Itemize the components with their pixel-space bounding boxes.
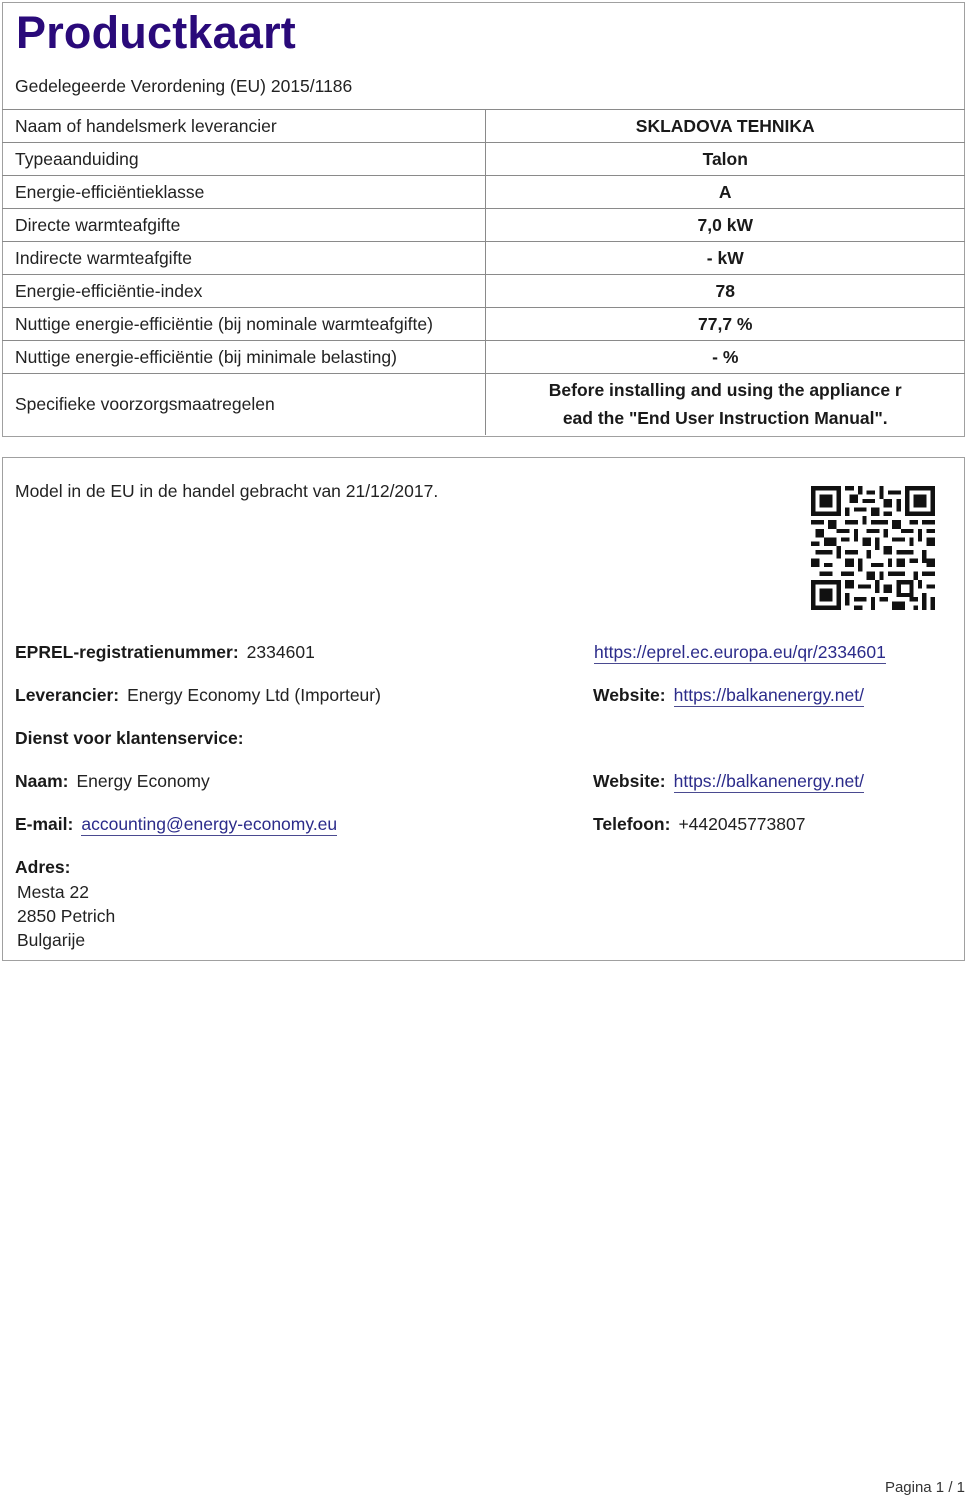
supplier-name: Energy Economy Ltd (Importeur) [127,685,381,705]
table-row: Indirecte warmteafgifte- kW [2,242,965,275]
spec-value: A [485,176,965,209]
spec-value-line: Before installing and using the applianc… [486,376,966,404]
supplier-website-row: Website:https://balkanenergy.net/ [593,685,864,706]
spec-value: 78 [485,275,965,308]
email-label: E-mail: [15,814,73,834]
regulation-subtitle: Gedelegeerde Verordening (EU) 2015/1186 [15,76,352,97]
table-row: Energie-efficiëntieklasseA [2,176,965,209]
table-row: Nuttige energie-efficiëntie (bij nominal… [2,308,965,341]
spec-label: Naam of handelsmerk leverancier [2,110,485,143]
supplier-row: Leverancier:Energy Economy Ltd (Importeu… [15,685,381,706]
spec-label: Nuttige energie-efficiëntie (bij minimal… [2,341,485,374]
service-website-link[interactable]: https://balkanenergy.net/ [674,771,864,793]
service-website-row: Website:https://balkanenergy.net/ [593,771,864,792]
supplier-website-link[interactable]: https://balkanenergy.net/ [674,685,864,707]
customer-service-heading: Dienst voor klantenservice: [15,728,252,749]
spec-value: SKLADOVA TEHNIKA [485,110,965,143]
eprel-number: 2334601 [247,642,315,662]
address-line: Bulgarije [17,930,85,951]
eprel-label: EPREL-registratienummer: [15,642,239,662]
page-number: Pagina 1 / 1 [885,1479,965,1496]
customer-service-label: Dienst voor klantenservice: [15,728,244,748]
spec-value: Before installing and using the applianc… [485,374,965,435]
address-line: Mesta 22 [17,882,89,903]
phone-number: +442045773807 [678,814,805,834]
table-row: Energie-efficiëntie-index78 [2,275,965,308]
name-label: Naam: [15,771,69,791]
email-link[interactable]: accounting@energy-economy.eu [81,814,337,836]
spec-label: Indirecte warmteafgifte [2,242,485,275]
service-name-row: Naam:Energy Economy [15,771,210,792]
spec-value: Talon [485,143,965,176]
address-heading: Adres: [15,857,78,878]
email-row: E-mail:accounting@energy-economy.eu [15,814,337,835]
table-row: Specifieke voorzorgsmaatregelen Before i… [2,374,965,435]
product-card-section: Productkaart Gedelegeerde Verordening (E… [2,2,965,437]
table-row: Directe warmteafgifte7,0 kW [2,209,965,242]
service-name: Energy Economy [77,771,210,791]
spec-label: Specifieke voorzorgsmaatregelen [2,374,485,435]
address-line: 2850 Petrich [17,906,115,927]
qr-code-icon[interactable] [811,486,935,610]
website-label: Website: [593,685,666,705]
address-label: Adres: [15,857,70,877]
spec-label: Energie-efficiëntie-index [2,275,485,308]
supplier-info-section: Model in de EU in de handel gebracht van… [2,457,965,961]
spec-label: Energie-efficiëntieklasse [2,176,485,209]
spec-label: Directe warmteafgifte [2,209,485,242]
model-market-date: Model in de EU in de handel gebracht van… [15,481,438,502]
table-row: Naam of handelsmerk leverancierSKLADOVA … [2,110,965,143]
spec-label: Typeaanduiding [2,143,485,176]
supplier-label: Leverancier: [15,685,119,705]
spec-value: 7,0 kW [485,209,965,242]
eprel-link-row: https://eprel.ec.europa.eu/qr/2334601 [594,642,886,663]
spec-value: - % [485,341,965,374]
spec-value: 77,7 % [485,308,965,341]
table-row: TypeaanduidingTalon [2,143,965,176]
spec-label: Nuttige energie-efficiëntie (bij nominal… [2,308,485,341]
eprel-link[interactable]: https://eprel.ec.europa.eu/qr/2334601 [594,642,886,664]
eprel-row: EPREL-registratienummer:2334601 [15,642,315,663]
spec-table: Naam of handelsmerk leverancierSKLADOVA … [2,109,965,435]
website-label: Website: [593,771,666,791]
page-title: Productkaart [16,7,296,59]
spec-value-line: ead the "End User Instruction Manual". [486,404,966,432]
spec-value: - kW [485,242,965,275]
phone-label: Telefoon: [593,814,670,834]
table-row: Nuttige energie-efficiëntie (bij minimal… [2,341,965,374]
phone-row: Telefoon:+442045773807 [593,814,805,835]
